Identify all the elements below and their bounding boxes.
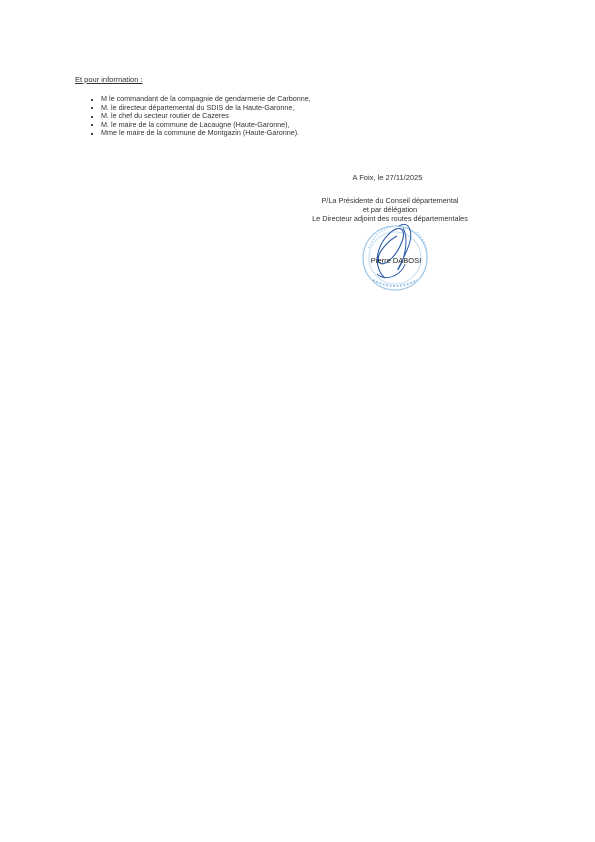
information-heading: Et pour information : xyxy=(75,75,143,84)
signatory-title-line-1: P/La Présidente du Conseil départemental xyxy=(290,196,490,205)
handwritten-signature-icon xyxy=(377,224,411,278)
signer-name: Pierre DABOSI xyxy=(358,256,434,265)
recipient-list: M le commandant de la compagnie de genda… xyxy=(90,95,311,138)
signatory-title-line-2: et par délégation xyxy=(290,205,490,214)
list-item: Mme le maire de la commune de Montgazin … xyxy=(90,129,311,138)
place-date: A Foix, le 27/11/2025 xyxy=(0,173,595,182)
